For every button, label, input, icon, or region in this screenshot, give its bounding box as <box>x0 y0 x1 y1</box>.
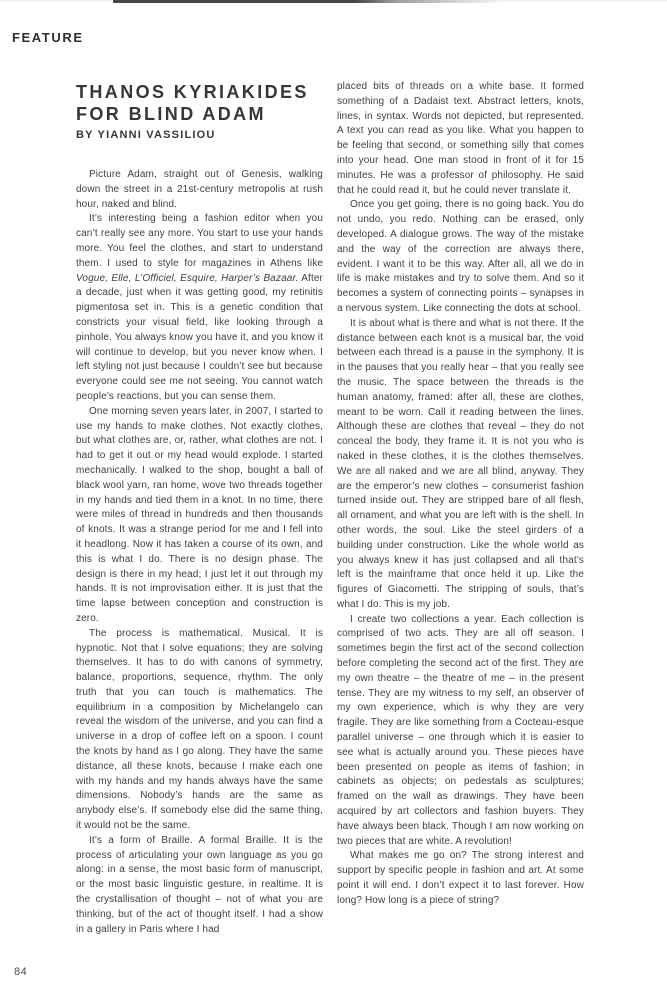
article-title-line-2: FOR BLIND ADAM <box>76 103 356 125</box>
section-label: FEATURE <box>12 30 84 45</box>
paragraph: What makes me go on? The strong interest… <box>337 849 584 908</box>
body-column-left: Picture Adam, straight out of Genesis, w… <box>76 168 323 937</box>
paragraph: One morning seven years later, in 2007, … <box>76 405 323 627</box>
italic-text-segment: Vogue, Elle, L’Officiel, Esquire, Harper… <box>76 273 298 284</box>
paragraph: The process is mathematical. Musical. It… <box>76 627 323 834</box>
text-segment: placed bits of threads on a white base. … <box>337 81 584 196</box>
paragraph: Picture Adam, straight out of Genesis, w… <box>76 168 323 212</box>
paragraph: Once you get going, there is no going ba… <box>337 198 584 316</box>
text-segment: It’s a form of Braille. A formal Braille… <box>76 835 323 935</box>
paragraph: It’s a form of Braille. A formal Braille… <box>76 834 323 938</box>
page-number: 84 <box>14 966 27 978</box>
magazine-page: FEATURE THANOS KYRIAKIDES FOR BLIND ADAM… <box>0 0 667 1000</box>
paragraph: placed bits of threads on a white base. … <box>337 80 584 198</box>
scan-edge-artifact <box>113 0 505 3</box>
article-byline: BY YIANNI VASSILIOU <box>76 129 356 141</box>
paragraph: It is about what is there and what is no… <box>337 317 584 613</box>
text-segment: After a decade, just when it was getting… <box>76 273 323 402</box>
text-segment: Picture Adam, straight out of Genesis, w… <box>76 169 323 210</box>
paragraph: I create two collections a year. Each co… <box>337 613 584 850</box>
paragraph: It’s interesting being a fashion editor … <box>76 212 323 404</box>
article-title-line-1: THANOS KYRIAKIDES <box>76 81 356 103</box>
text-segment: Once you get going, there is no going ba… <box>337 199 584 314</box>
text-segment: One morning seven years later, in 2007, … <box>76 406 323 624</box>
body-column-right: placed bits of threads on a white base. … <box>337 80 584 909</box>
text-segment: It’s interesting being a fashion editor … <box>76 213 323 268</box>
article-header: THANOS KYRIAKIDES FOR BLIND ADAM BY YIAN… <box>76 81 356 141</box>
text-segment: I create two collections a year. Each co… <box>337 614 584 847</box>
text-segment: The process is mathematical. Musical. It… <box>76 628 323 831</box>
text-segment: It is about what is there and what is no… <box>337 318 584 610</box>
text-segment: What makes me go on? The strong interest… <box>337 850 584 905</box>
